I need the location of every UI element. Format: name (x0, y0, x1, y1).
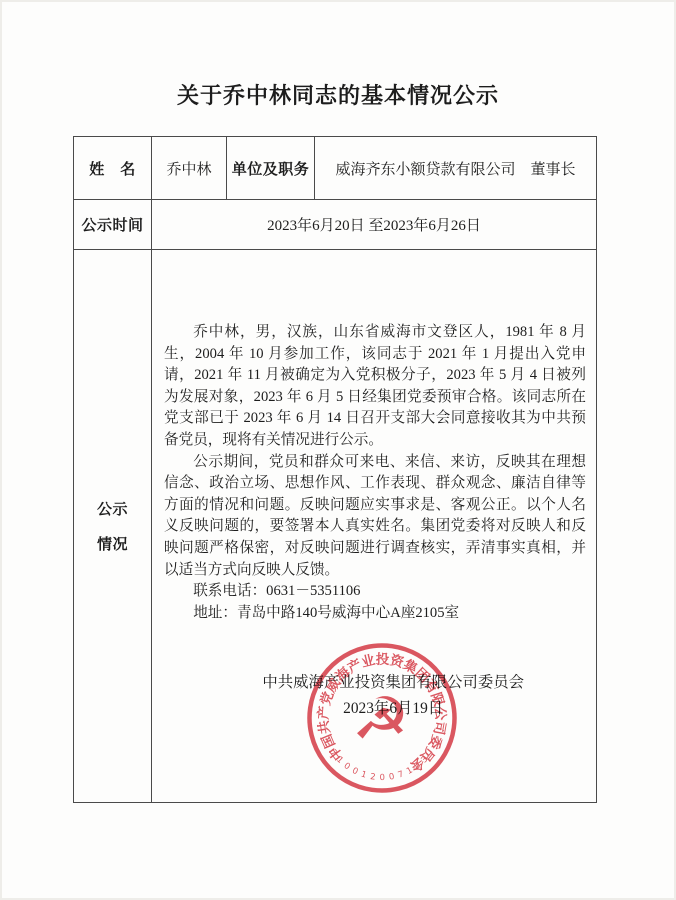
table-row-period: 公示时间 2023年6月20日 至2023年6月26日 (74, 200, 596, 250)
details-paragraph-1: 乔中林，男，汉族，山东省威海市文登区人，1981 年 8 月生，2004 年 1… (164, 322, 586, 452)
period-label: 公示时间 (74, 200, 152, 249)
details-content: 乔中林，男，汉族，山东省威海市文登区人，1981 年 8 月生，2004 年 1… (152, 250, 596, 802)
page-title: 关于乔中林同志的基本情况公示 (0, 79, 676, 110)
name-value: 乔中林 (152, 137, 227, 199)
table-row-name: 姓 名 乔中林 单位及职务 威海齐东小额贷款有限公司 董事长 (74, 137, 596, 200)
unit-title-value: 威海齐东小额贷款有限公司 董事长 (315, 137, 596, 199)
details-label-line1: 公示 (97, 498, 128, 519)
details-paragraph-2: 公示期间，党员和群众可来电、来信、来访，反映其在理想信念、政治立场、思想作风、工… (164, 452, 586, 582)
notice-table: 姓 名 乔中林 单位及职务 威海齐东小额贷款有限公司 董事长 公示时间 2023… (73, 136, 597, 803)
name-label: 姓 名 (74, 137, 152, 199)
signature-date: 2023年6月19日 (262, 696, 524, 722)
notice-page: 关于乔中林同志的基本情况公示 姓 名 乔中林 单位及职务 威海齐东小额贷款有限公… (0, 0, 676, 900)
signature-block: 中共威海产业投资集团有限公司委员会 2023年6月19日 (262, 670, 524, 722)
table-row-details: 公示 情况 乔中林，男，汉族，山东省威海市文登区人，1981 年 8 月生，20… (74, 250, 596, 802)
details-label: 公示 情况 (74, 250, 152, 802)
contact-address: 地址：青岛中路140号威海中心A座2105室 (193, 603, 586, 625)
signature-org: 中共威海产业投资集团有限公司委员会 (262, 670, 524, 696)
details-label-line2: 情况 (97, 533, 128, 554)
period-value: 2023年6月20日 至2023年6月26日 (152, 200, 596, 249)
unit-title-label: 单位及职务 (227, 137, 315, 199)
contact-phone: 联系电话：0631－5351106 (193, 581, 586, 603)
